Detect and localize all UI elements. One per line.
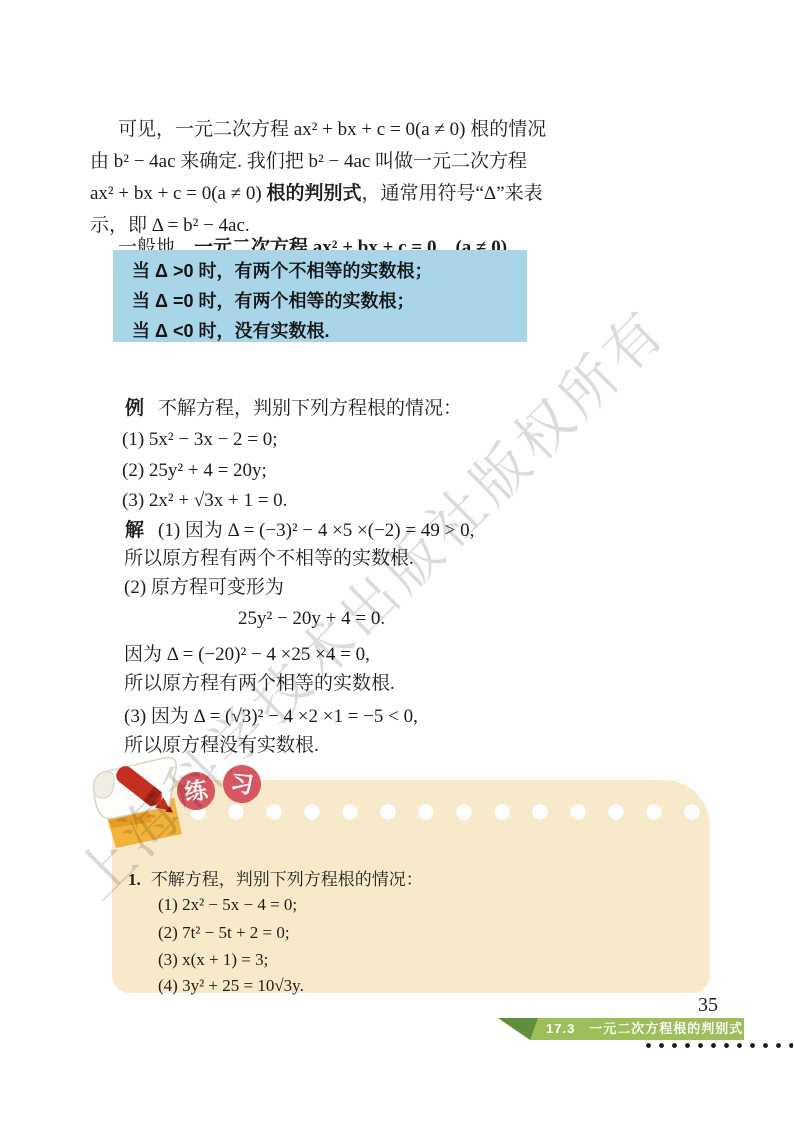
practice-item-number: 1. <box>128 870 141 889</box>
practice-subitem-4: (4) 3y² + 25 = 10√3y. <box>158 976 304 996</box>
footer-dotted-line <box>646 1043 793 1048</box>
example-label: 例 <box>125 398 144 419</box>
textbook-page: 上海科学技术出版社版权所有 可见，一元二次方程 ax² + bx + c = 0… <box>0 0 794 1123</box>
example-item-2: (2) 25y² + 4 = 20y; <box>122 459 267 483</box>
solution-line-3: (2) 原方程可变形为 <box>124 576 284 600</box>
page-number: 35 <box>698 994 718 1017</box>
rule-delta-zero: 当 Δ =0 时，有两个相等的实数根； <box>113 286 527 316</box>
rule-delta-negative: 当 Δ <0 时，没有实数根. <box>113 316 527 346</box>
solution-line-2: 所以原方程有两个不相等的实数根. <box>124 547 414 571</box>
solution-line-5: 因为 Δ = (−20)² − 4 ×25 ×4 = 0, <box>124 643 370 667</box>
intro-line-4: 示，即 Δ = b² − 4ac. <box>90 214 250 238</box>
example-prompt: 不解方程，判别下列方程根的情况： <box>158 398 462 419</box>
intro-line-3-math: ax² + bx + c = 0(a ≠ 0) <box>90 183 266 204</box>
solution-step-1: (1) 因为 Δ = (−3)² − 4 ×5 ×(−2) = 49 > 0, <box>158 520 474 541</box>
intro-line-1: 可见，一元二次方程 ax² + bx + c = 0(a ≠ 0) 根的情况 <box>118 118 546 142</box>
discriminant-rules-box: 当 Δ >0 时，有两个不相等的实数根； 当 Δ =0 时，有两个相等的实数根；… <box>113 250 527 342</box>
solution-label: 解 <box>125 520 144 541</box>
intro-line-3-rest: ，通常用符号“Δ”来表 <box>362 183 543 204</box>
decorative-dots <box>190 804 706 820</box>
example-heading: 例不解方程，判别下列方程根的情况： <box>125 397 462 421</box>
banner-notch-icon <box>498 1018 538 1040</box>
example-item-3: (3) 2x² + √3x + 1 = 0. <box>122 489 287 513</box>
solution-line-1: 解(1) 因为 Δ = (−3)² − 4 ×5 ×(−2) = 49 > 0, <box>125 519 474 543</box>
solution-line-7: (3) 因为 Δ = (√3)² − 4 ×2 ×1 = −5 < 0, <box>124 705 418 729</box>
practice-item-1-heading: 1.不解方程，判别下列方程根的情况： <box>128 865 423 890</box>
discriminant-term: 根的判别式 <box>266 183 361 204</box>
section-title: 17.3 一元二次方程根的判别式 <box>546 1018 743 1040</box>
practice-subitem-2: (2) 7t² − 5t + 2 = 0; <box>158 923 290 943</box>
intro-line-3: ax² + bx + c = 0(a ≠ 0) 根的判别式，通常用符号“Δ”来表 <box>90 182 543 206</box>
section-banner: 17.3 一元二次方程根的判别式 <box>498 1018 744 1040</box>
practice-subitem-1: (1) 2x² − 5x − 4 = 0; <box>158 895 297 915</box>
transformed-equation: 25y² − 20y + 4 = 0. <box>238 608 385 630</box>
intro-line-2: 由 b² − 4ac 来确定. 我们把 b² − 4ac 叫做一元二次方程 <box>90 150 527 174</box>
practice-subitem-3: (3) x(x + 1) = 3; <box>158 950 268 970</box>
example-item-1: (1) 5x² − 3x − 2 = 0; <box>122 428 278 452</box>
rule-delta-positive: 当 Δ >0 时，有两个不相等的实数根； <box>113 256 527 286</box>
practice-item-title: 不解方程，判别下列方程根的情况： <box>151 870 423 889</box>
solution-line-6: 所以原方程有两个相等的实数根. <box>124 672 395 696</box>
